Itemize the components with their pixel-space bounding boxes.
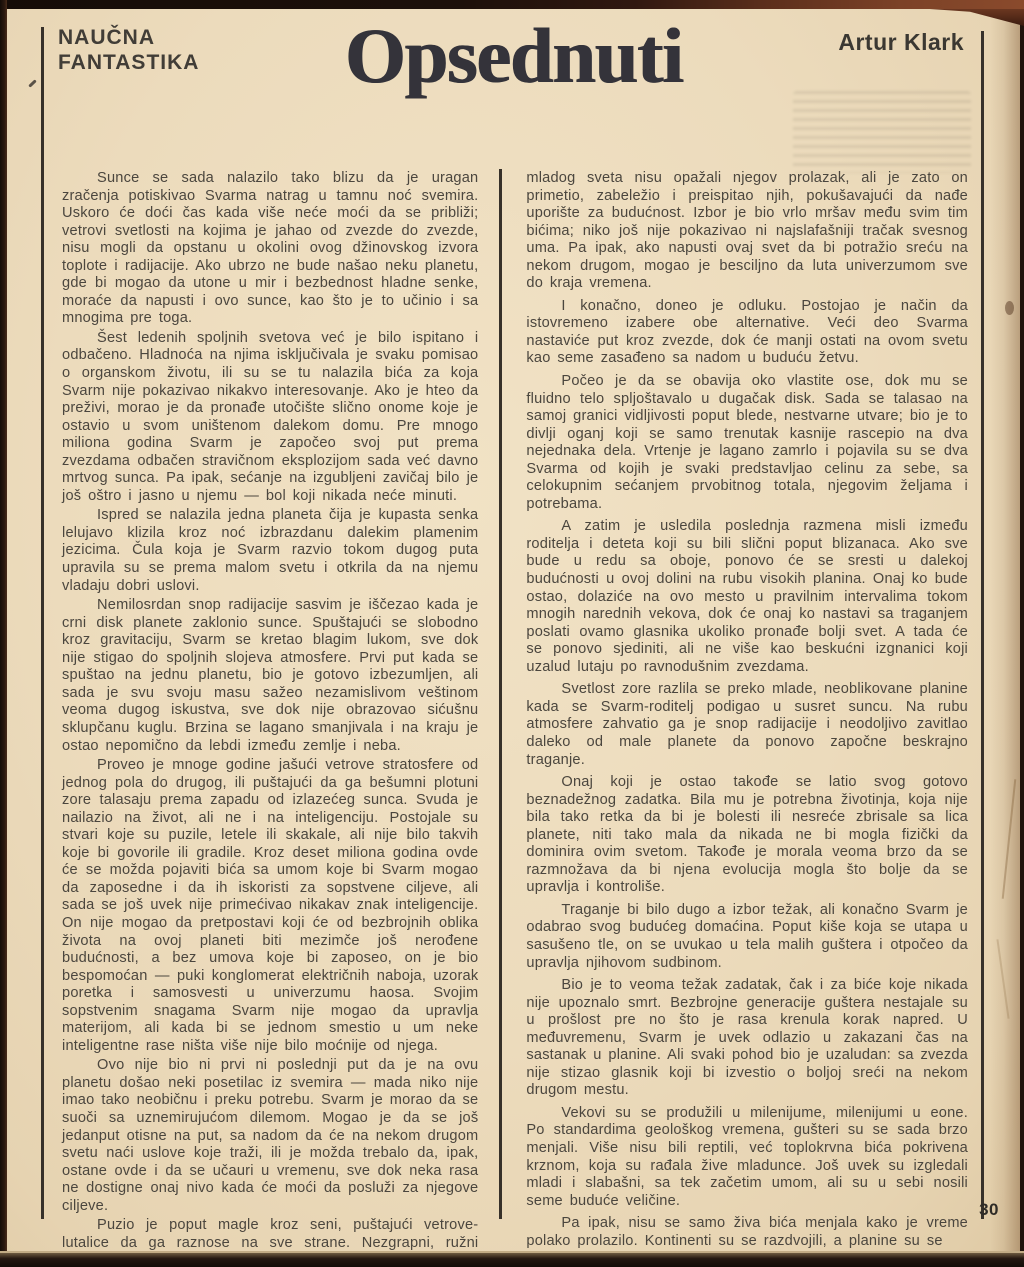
paragraph: Pa ipak, nisu se samo živa bića menjala …: [526, 1215, 968, 1250]
paragraph: Ispred se nalazila jedna planeta čija je…: [62, 507, 478, 595]
paragraph: Počeo je da se obavija oko vlastite ose,…: [526, 373, 968, 513]
page-top-edge: [0, 0, 1024, 9]
article-body: Sunce se sada nalazilo tako blizu da je …: [62, 170, 968, 1267]
paper-stain: [1005, 301, 1014, 315]
magazine-page: NAUČNA FANTASTIKA Opsednuti Artur Klark …: [7, 9, 1020, 1253]
paragraph: I konačno, doneo je odluku. Postojao je …: [526, 298, 968, 368]
paragraph: Traganje bi bilo dugo a izbor težak, ali…: [526, 902, 968, 972]
paragraph: Nemilosrdan snop radijacije sasvim je iš…: [62, 597, 478, 755]
paragraph: Ovo nije bio ni prvi ni poslednji put da…: [62, 1057, 478, 1215]
paragraph: Vekovi su se produžili u milenijume, mil…: [526, 1105, 968, 1210]
paragraph: Šest ledenih spoljnih svetova već je bil…: [62, 330, 478, 505]
paragraph: A zatim je usledila poslednja razmena mi…: [526, 518, 968, 676]
ghost-text-artifact: [793, 91, 971, 173]
right-column-rule: [981, 31, 984, 1219]
page-bottom-edge: [0, 1251, 1024, 1267]
page-left-edge: [0, 0, 7, 1267]
left-column-rule: [41, 27, 44, 1219]
page-number: 30: [979, 1200, 999, 1220]
paragraph: Svetlost zore razlila se preko mlade, ne…: [526, 681, 968, 769]
paragraph: Onaj koji je ostao takođe se latio svog …: [526, 774, 968, 897]
page-right-edge-shadow: [990, 9, 1020, 1253]
right-text-column: mladog sveta nisu opažali njegov prolaza…: [526, 170, 968, 1267]
paragraph: Sunce se sada nalazilo tako blizu da je …: [62, 170, 478, 328]
author-name: Artur Klark: [838, 29, 964, 56]
paragraph: mladog sveta nisu opažali njegov prolaza…: [526, 170, 968, 293]
paragraph: Bio je to veoma težak zadatak, čak i za …: [526, 977, 968, 1100]
paragraph: Proveo je mnoge godine jašući vetrove st…: [62, 757, 478, 1055]
left-text-column: Sunce se sada nalazilo tako blizu da je …: [62, 170, 478, 1267]
